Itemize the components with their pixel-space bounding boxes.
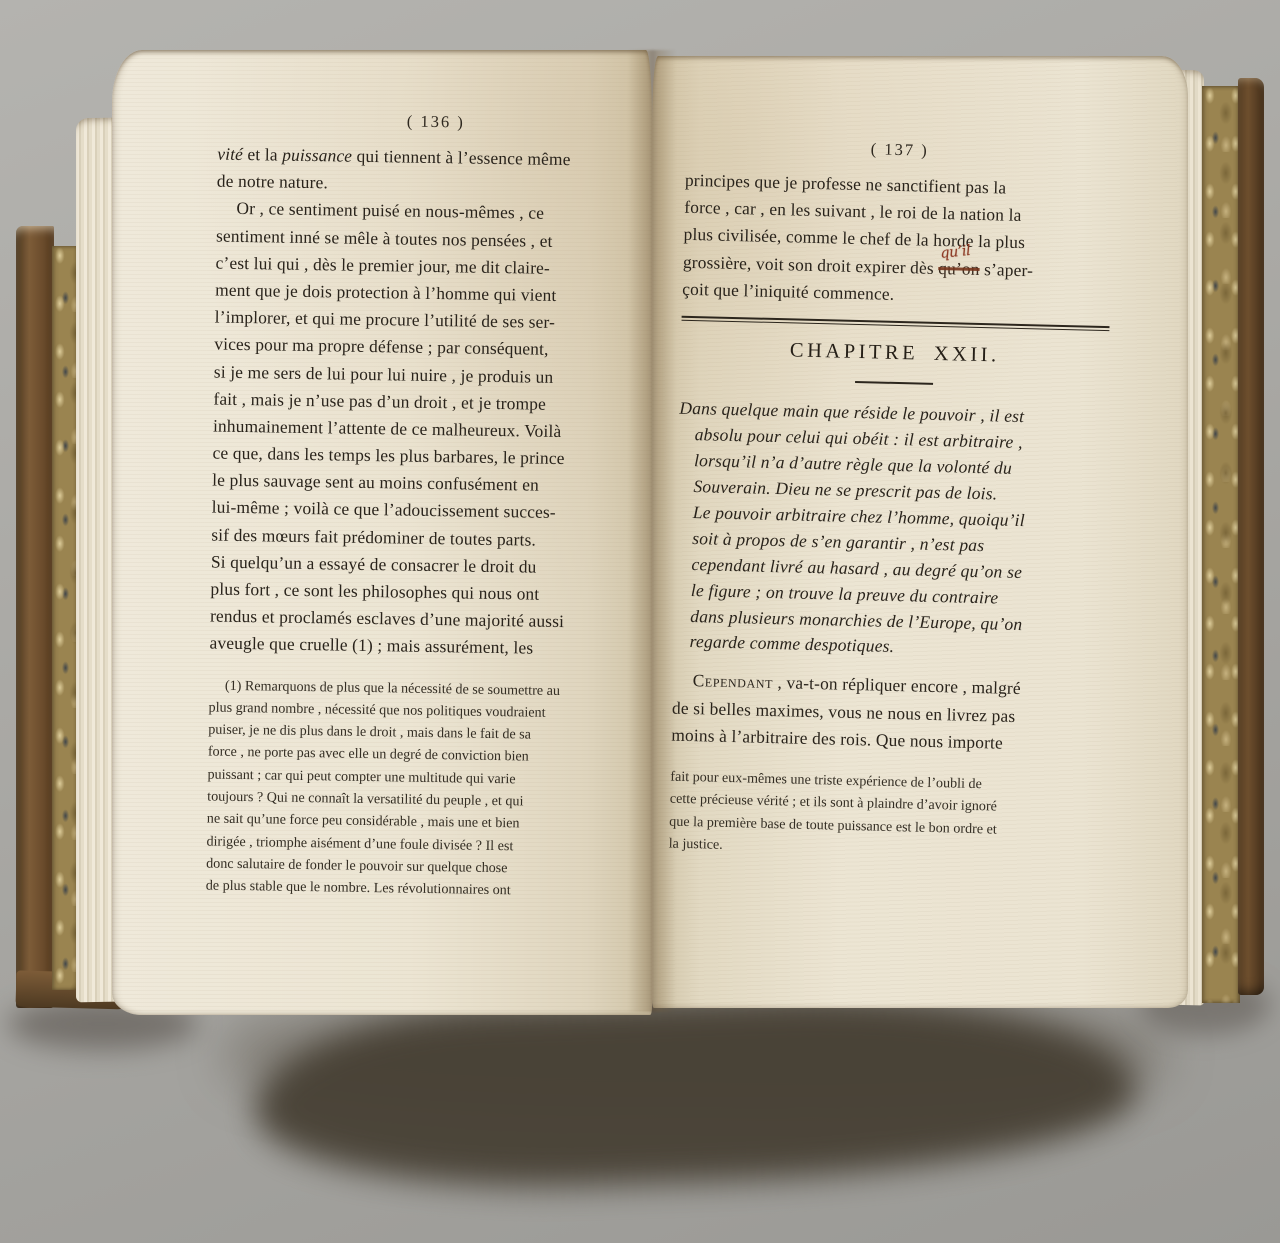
- manuscript-correction: qu’ilqu’on: [938, 258, 980, 280]
- text-line: aveugle que cruelle (1) ; mais assurémen…: [209, 633, 645, 667]
- photograph: ( 136 ) vité et la puissance qui tiennen…: [0, 0, 1280, 1243]
- section-rule-double: [682, 316, 1110, 332]
- handwritten-correction: qu’il: [940, 243, 971, 262]
- text-fragment: qui tiennent à l’essence même: [352, 146, 571, 169]
- page-136: ( 136 ) vité et la puissance qui tiennen…: [112, 50, 652, 1015]
- footnote-136: (1) Remarquons de plus que la nécessité …: [206, 677, 645, 907]
- text-fragment: s’aper-: [979, 259, 1033, 280]
- page-number-136: ( 136 ): [218, 109, 654, 136]
- page-137: ( 137 ) principes que je professe ne san…: [652, 56, 1188, 1008]
- left-cover-board: [16, 226, 54, 1008]
- smallcaps-word: Cependant: [692, 670, 773, 692]
- page-136-text: ( 136 ) vité et la puissance qui tiennen…: [206, 109, 654, 907]
- page-edges-left: [76, 118, 116, 1003]
- epigraph: Dans quelque main que réside le pouvoir …: [673, 398, 1107, 667]
- book-gutter: [628, 50, 676, 1012]
- italic-word: vité: [217, 144, 243, 164]
- footnote-137: fait pour eux-mêmes une triste expérienc…: [668, 768, 1098, 868]
- right-cover-board: [1238, 78, 1264, 995]
- page-137-text: ( 137 ) principes que je professe ne san…: [668, 135, 1114, 868]
- paragraph: Cependant , va-t-on répliquer encore , m…: [671, 670, 1101, 762]
- marbled-endpaper-right: [1202, 86, 1240, 1003]
- page-number-137: ( 137 ): [686, 135, 1114, 165]
- text-fragment: , va-t-on répliquer encore , malgré: [773, 672, 1021, 698]
- italic-word: puissance: [282, 145, 352, 166]
- chapter-rule-short: [855, 381, 933, 385]
- marbled-endpaper-left: [52, 246, 78, 990]
- chapter-heading: CHAPITRE XXII.: [681, 337, 1109, 370]
- text-fragment: et la: [243, 144, 283, 165]
